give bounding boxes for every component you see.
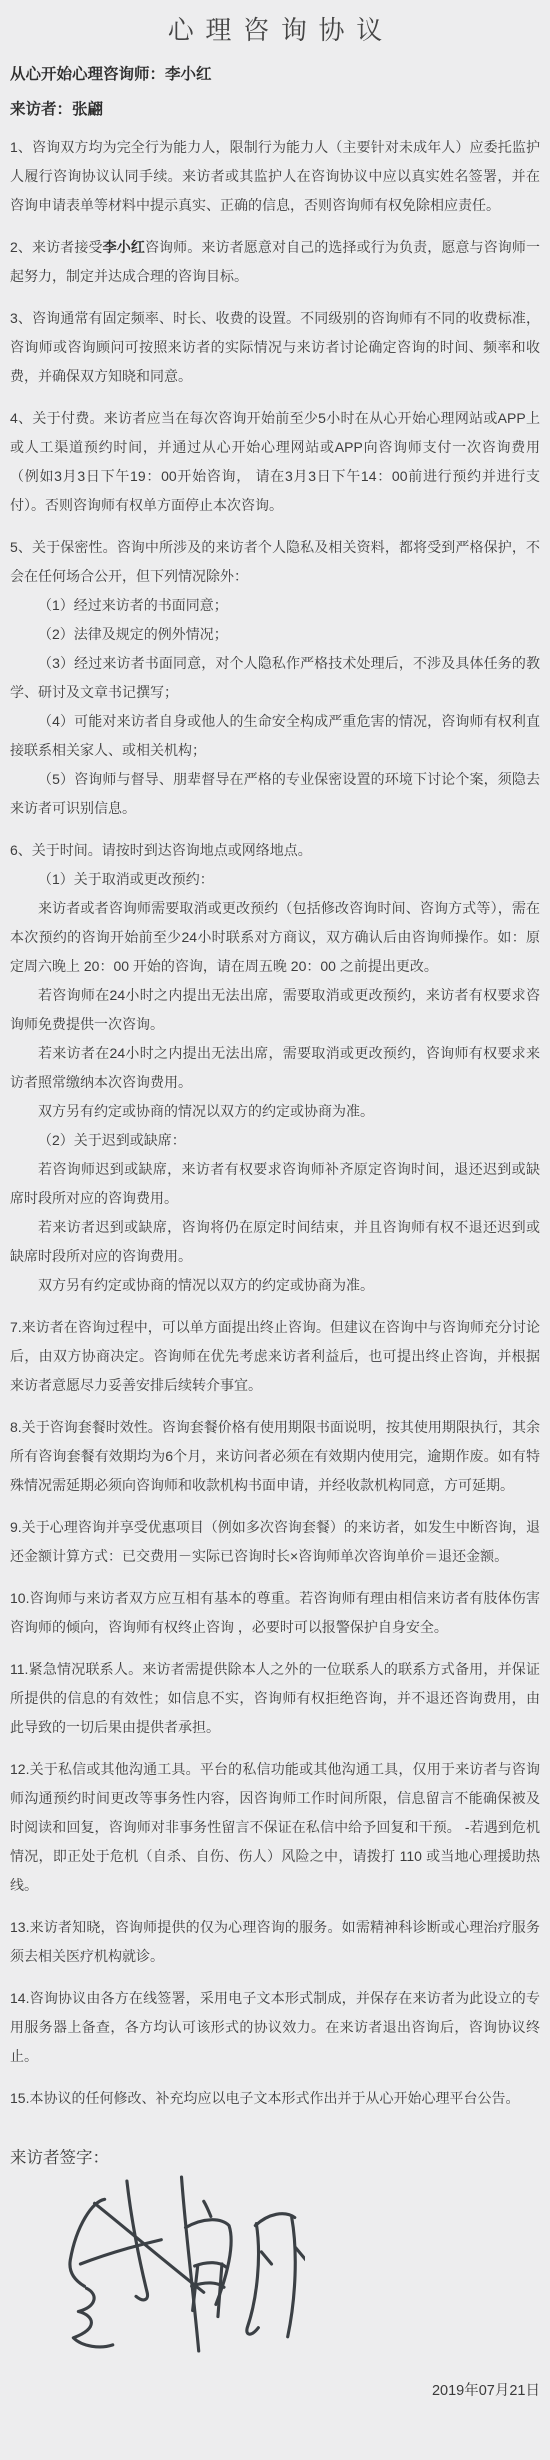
visitor-line: 来访者：张翩 bbox=[10, 100, 540, 120]
clause-paragraph: 14.咨询协议由各方在线签署，采用电子文本形式制成，并保存在来访者为此设立的专用… bbox=[10, 1984, 540, 2071]
clause-text: 9.关于心理咨询并享受优惠项目（例如多次咨询套餐）的来访者，如发生中断咨询，退还… bbox=[10, 1519, 540, 1564]
agreement-document: 心理咨询协议 从心开始心理咨询师：李小红 来访者：张翩 1、咨询双方均为完全行为… bbox=[0, 0, 550, 2460]
clause-text: 若咨询师迟到或缺席，来访者有权要求咨询师补齐原定咨询时间，退还迟到或缺席时段所对… bbox=[10, 1161, 540, 1206]
clause-paragraph: 15.本协议的任何修改、补充均应以电子文本形式作出并于从心开始心理平台公告。 bbox=[10, 2084, 540, 2113]
clause-paragraph: 6、关于时间。请按时到达咨询地点或网络地点。 bbox=[10, 836, 540, 865]
clause-subparagraph: 若来访者在24小时之内提出无法出席，需要取消或更改预约，咨询师有权要求来访者照常… bbox=[10, 1039, 540, 1097]
clause-text: 4、关于付费。来访者应当在每次咨询开始前至少5小时在从心开始心理网站或APP上或… bbox=[10, 410, 540, 513]
clause-subparagraph: （1）经过来访者的书面同意； bbox=[10, 591, 540, 620]
clause-text: （4）可能对来访者自身或他人的生命安全构成严重危害的情况，咨询师有权利直接联系相… bbox=[10, 713, 540, 758]
clause-paragraph: 5、关于保密性。咨询中所涉及的来访者个人隐私及相关资料，都将受到严格保护，不会在… bbox=[10, 533, 540, 591]
clause-subparagraph: （3）经过来访者书面同意，对个人隐私作严格技术处理后，不涉及具体任务的教学、研讨… bbox=[10, 649, 540, 707]
clause-paragraph: 1、咨询双方均为完全行为能力人，限制行为能力人（主要针对未成年人）应委托监护人履… bbox=[10, 133, 540, 220]
clause-text: 7.来访者在咨询过程中，可以单方面提出终止咨询。但建议在咨询中与咨询师充分讨论后… bbox=[10, 1319, 540, 1393]
visitor-signature-label: 来访者签字： bbox=[10, 2147, 540, 2169]
clause-text: 10.咨询师与来访者双方应互相有基本的尊重。若咨询师有理由相信来访者有肢体伤害咨… bbox=[10, 1590, 540, 1635]
clause-subparagraph: （5）咨询师与督导、朋辈督导在严格的专业保密设置的环境下讨论个案，须隐去来访者可… bbox=[10, 765, 540, 823]
clause-text: 若来访者迟到或缺席，咨询将仍在原定时间结束，并且咨询师有权不退还迟到或缺席时段所… bbox=[10, 1219, 540, 1264]
clause-text: （1）关于取消或更改预约： bbox=[38, 871, 214, 887]
clause-text: 13.来访者知晓，咨询师提供的仅为心理咨询的服务。如需精神科诊断或心理治疗服务须… bbox=[10, 1919, 540, 1964]
clause-text: 11.紧急情况联系人。来访者需提供除本人之外的一位联系人的联系方式备用，并保证所… bbox=[10, 1661, 540, 1735]
clause-text: 来访者或者咨询师需要取消或更改预约（包括修改咨询时间、咨询方式等），需在本次预约… bbox=[10, 900, 540, 974]
counselor-line: 从心开始心理咨询师：李小红 bbox=[10, 65, 540, 85]
clause-text: 15.本协议的任何修改、补充均应以电子文本形式作出并于从心开始心理平台公告。 bbox=[10, 2090, 519, 2106]
clause-subparagraph: （1）关于取消或更改预约： bbox=[10, 865, 540, 894]
clause-subparagraph: （4）可能对来访者自身或他人的生命安全构成严重危害的情况，咨询师有权利直接联系相… bbox=[10, 707, 540, 765]
visitor-label: 来访者： bbox=[10, 101, 72, 118]
clause-text: 5、关于保密性。咨询中所涉及的来访者个人隐私及相关资料，都将受到严格保护，不会在… bbox=[10, 539, 540, 584]
page-title: 心理咨询协议 bbox=[10, 10, 540, 47]
clause-text: 双方另有约定或协商的情况以双方的约定或协商为准。 bbox=[38, 1277, 374, 1293]
signature-drawing bbox=[55, 2173, 305, 2355]
clause-subparagraph: 若咨询师在24小时之内提出无法出席，需要取消或更改预约，来访者有权要求咨询师免费… bbox=[10, 981, 540, 1039]
clause-text: 1、咨询双方均为完全行为能力人，限制行为能力人（主要针对未成年人）应委托监护人履… bbox=[10, 139, 540, 213]
clause-paragraph: 10.咨询师与来访者双方应互相有基本的尊重。若咨询师有理由相信来访者有肢体伤害咨… bbox=[10, 1584, 540, 1642]
counselor-name: 李小红 bbox=[165, 66, 212, 83]
clause-text: （3）经过来访者书面同意，对个人隐私作严格技术处理后，不涉及具体任务的教学、研讨… bbox=[10, 655, 540, 700]
clause-subparagraph: 若来访者迟到或缺席，咨询将仍在原定时间结束，并且咨询师有权不退还迟到或缺席时段所… bbox=[10, 1213, 540, 1271]
clause-paragraph: 7.来访者在咨询过程中，可以单方面提出终止咨询。但建议在咨询中与咨询师充分讨论后… bbox=[10, 1313, 540, 1400]
clause-paragraph: 4、关于付费。来访者应当在每次咨询开始前至少5小时在从心开始心理网站或APP上或… bbox=[10, 404, 540, 520]
clause-paragraph: 11.紧急情况联系人。来访者需提供除本人之外的一位联系人的联系方式备用，并保证所… bbox=[10, 1655, 540, 1742]
clause-subparagraph: 来访者或者咨询师需要取消或更改预约（包括修改咨询时间、咨询方式等），需在本次预约… bbox=[10, 894, 540, 981]
clause-text: 6、关于时间。请按时到达咨询地点或网络地点。 bbox=[10, 842, 312, 858]
clause-subparagraph: 双方另有约定或协商的情况以双方的约定或协商为准。 bbox=[10, 1097, 540, 1126]
clause-text: 若来访者在24小时之内提出无法出席，需要取消或更改预约，咨询师有权要求来访者照常… bbox=[10, 1045, 540, 1090]
clause-text: （2）关于迟到或缺席： bbox=[38, 1132, 186, 1148]
clause-text: （2）法律及规定的例外情况； bbox=[38, 626, 228, 642]
clause-text: 双方另有约定或协商的情况以双方的约定或协商为准。 bbox=[38, 1103, 374, 1119]
clauses: 1、咨询双方均为完全行为能力人，限制行为能力人（主要针对未成年人）应委托监护人履… bbox=[10, 133, 540, 2113]
clause-paragraph: 3、咨询通常有固定频率、时长、收费的设置。不同级别的咨询师有不同的收费标准，咨询… bbox=[10, 304, 540, 391]
visitor-signature bbox=[55, 2173, 305, 2355]
clause-text: （1）经过来访者的书面同意； bbox=[38, 597, 228, 613]
clause-text: 12.关于私信或其他沟通工具。平台的私信功能或其他沟通工具，仅用于来访者与咨询师… bbox=[10, 1761, 540, 1893]
clause-subparagraph: 若咨询师迟到或缺席，来访者有权要求咨询师补齐原定咨询时间，退还迟到或缺席时段所对… bbox=[10, 1155, 540, 1213]
clause-subparagraph: （2）法律及规定的例外情况； bbox=[10, 620, 540, 649]
clause-subparagraph: 双方另有约定或协商的情况以双方的约定或协商为准。 bbox=[10, 1271, 540, 1300]
clause-text: 14.咨询协议由各方在线签署，采用电子文本形式制成，并保存在来访者为此设立的专用… bbox=[10, 1990, 540, 2064]
clause-text: 2、来访者接受 bbox=[10, 239, 103, 255]
clause-paragraph: 9.关于心理咨询并享受优惠项目（例如多次咨询套餐）的来访者，如发生中断咨询，退还… bbox=[10, 1513, 540, 1571]
clause-subparagraph: （2）关于迟到或缺席： bbox=[10, 1126, 540, 1155]
clause-text: （5）咨询师与督导、朋辈督导在严格的专业保密设置的环境下讨论个案，须隐去来访者可… bbox=[10, 771, 540, 816]
clause-paragraph: 13.来访者知晓，咨询师提供的仅为心理咨询的服务。如需精神科诊断或心理治疗服务须… bbox=[10, 1913, 540, 1971]
clause-text: 若咨询师在24小时之内提出无法出席，需要取消或更改预约，来访者有权要求咨询师免费… bbox=[10, 987, 540, 1032]
clause-text: 8.关于咨询套餐时效性。咨询套餐价格有使用期限书面说明，按其使用期限执行，其余所… bbox=[10, 1419, 540, 1493]
clause-paragraph: 2、来访者接受李小红咨询师。来访者愿意对自己的选择或行为负责，愿意与咨询师一起努… bbox=[10, 233, 540, 291]
signature-date: 2019年07月21日 bbox=[10, 2379, 540, 2400]
counselor-label: 从心开始心理咨询师： bbox=[10, 66, 165, 83]
clause-text: 3、咨询通常有固定频率、时长、收费的设置。不同级别的咨询师有不同的收费标准，咨询… bbox=[10, 310, 540, 384]
clause-paragraph: 12.关于私信或其他沟通工具。平台的私信功能或其他沟通工具，仅用于来访者与咨询师… bbox=[10, 1755, 540, 1900]
clause-paragraph: 8.关于咨询套餐时效性。咨询套餐价格有使用期限书面说明，按其使用期限执行，其余所… bbox=[10, 1413, 540, 1500]
visitor-name: 张翩 bbox=[72, 101, 103, 118]
counselor-name-inline: 李小红 bbox=[103, 239, 145, 255]
